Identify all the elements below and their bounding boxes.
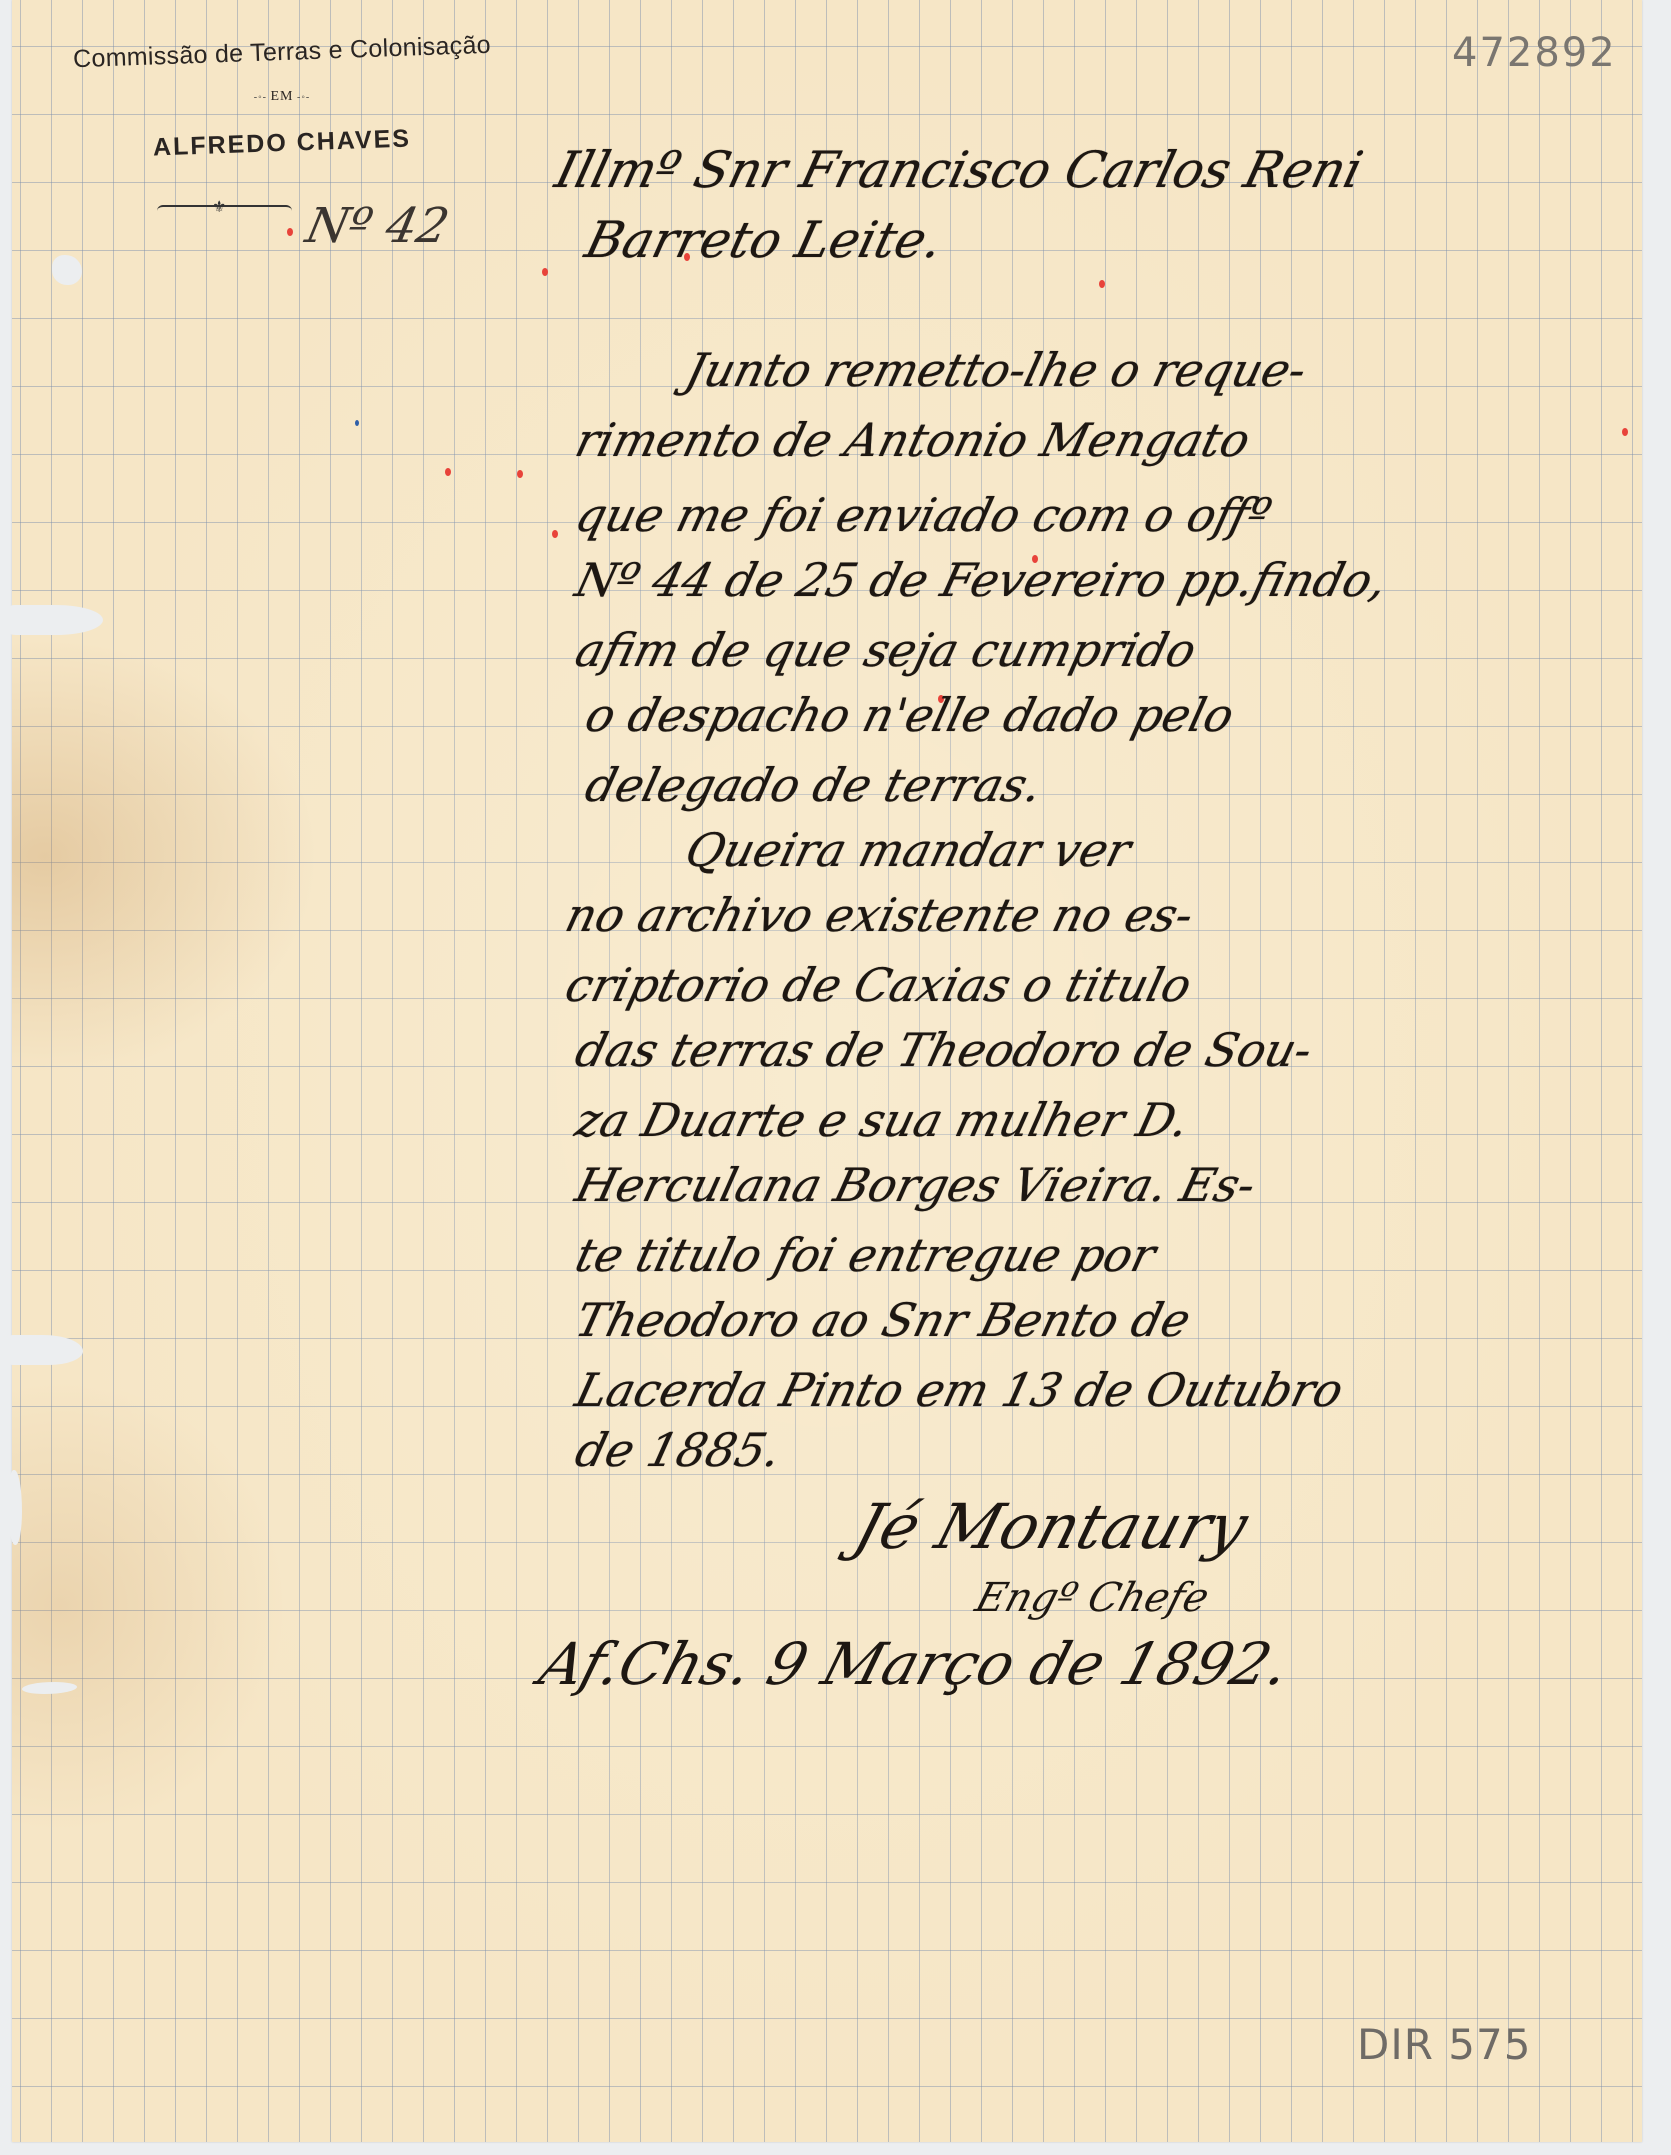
letterhead: Commissão de Terras e Colonisação EM ALF… [62, 20, 502, 158]
red-mark [1099, 280, 1105, 288]
salutation-line: Barreto Leite. [580, 210, 949, 270]
red-mark [287, 228, 293, 236]
letterhead-ornament-icon: ⚜ [157, 205, 292, 221]
body-line: afim de que seja cumprido [570, 620, 1203, 680]
letterhead-commission: Commissão de Terras e Colonisação [62, 30, 503, 74]
blue-mark [355, 420, 359, 426]
archive-number-top: 472892 [1452, 30, 1617, 76]
red-mark [517, 470, 523, 478]
body-line: rimento de Antonio Mengato [570, 410, 1257, 470]
body-line: Queira mandar ver [680, 820, 1138, 880]
body-line: no archivo existente no es- [560, 885, 1200, 945]
body-line: delegado de terras. [580, 755, 1049, 815]
body-line: za Duarte e sua mulher D. [570, 1090, 1196, 1150]
signature-title: Engº Chefe [970, 1575, 1214, 1621]
paper-tear [22, 1682, 77, 1694]
body-line: Lacerda Pinto em 13 de Outubro [570, 1360, 1350, 1420]
letterhead-em: EM [62, 89, 502, 105]
body-line: Herculana Borges Vieira. Es- [570, 1155, 1262, 1215]
salutation-line: Illmº Snr Francisco Carlos Reni [550, 140, 1369, 200]
body-line: Junto remetto-lhe o reque- [680, 340, 1313, 400]
body-line: que me foi enviado com o offº [570, 485, 1278, 545]
red-mark [552, 530, 558, 538]
letter-number: Nº 42 [301, 198, 454, 254]
closing-date: Af.Chs. 9 Março de 1892. [532, 1630, 1297, 1698]
body-line: Nº 44 de 25 de Fevereiro pp.findo, [570, 550, 1394, 610]
paper-tear [8, 1335, 83, 1365]
body-line: o despacho n'elle dado pelo [580, 685, 1241, 745]
document-page: Commissão de Terras e Colonisação EM ALF… [12, 0, 1642, 2142]
red-mark [1622, 428, 1628, 436]
body-line: de 1885. [570, 1420, 788, 1480]
paper-tear [8, 605, 103, 635]
letterhead-place: ALFREDO CHAVES [62, 121, 503, 165]
body-line: das terras de Theodoro de Sou- [570, 1020, 1319, 1080]
body-line: Theodoro ao Snr Bento de [570, 1290, 1197, 1350]
red-mark [542, 268, 548, 276]
body-line: criptorio de Caxias o titulo [560, 955, 1198, 1015]
signature: Jé Montaury [847, 1490, 1256, 1563]
archive-code-bottom: DIR 575 [1357, 2020, 1531, 2069]
red-mark [445, 468, 451, 476]
paper-hole [52, 255, 82, 285]
body-line: te titulo foi entregue por [570, 1225, 1162, 1285]
paper-tear [8, 1470, 22, 1545]
